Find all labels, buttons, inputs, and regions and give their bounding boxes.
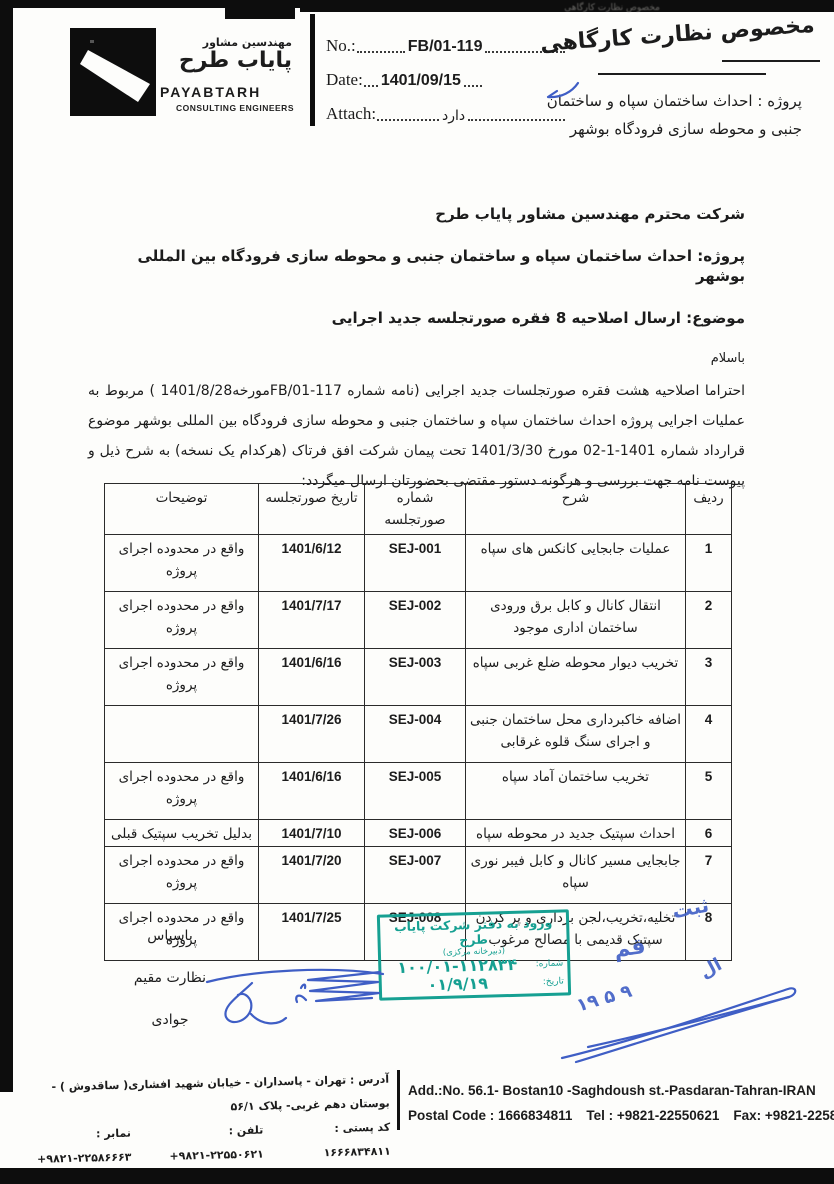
cell-row-no: 3: [686, 649, 732, 706]
table-row: 6 احداث سپتیک جدید در محوطه سپاه SEJ-006…: [105, 820, 732, 847]
minutes-table: ردیف شرح شماره صورتجلسه تاریخ صورتجلسه ت…: [104, 483, 732, 961]
cell-date: 1401/7/17: [259, 592, 365, 649]
table-header-row: ردیف شرح شماره صورتجلسه تاریخ صورتجلسه ت…: [105, 484, 732, 535]
header-notes: توضیحات: [105, 484, 259, 535]
print-through-artifact: مخصوص نظارت کارگاهی: [440, 3, 660, 13]
subject-line: موضوع: ارسال اصلاحیه 8 فقره صورتجلسه جدی…: [88, 308, 745, 328]
footer-en-fax: Fax: +9821-225866: [733, 1103, 834, 1128]
salutation: باسلام: [88, 350, 745, 368]
no-value: FB/01-119: [406, 38, 485, 56]
cell-date: 1401/7/25: [259, 904, 365, 961]
cell-row-no: 6: [686, 820, 732, 847]
scan-edge-left: [0, 0, 13, 1092]
footer-en-tel: Tel : +9821-22550621: [586, 1103, 719, 1128]
signature-stroke: [207, 970, 383, 982]
signature-initial: [296, 985, 306, 1002]
footer-en-address: Add.:No. 56.1- Bostan10 -Saghdoush st.-P…: [408, 1078, 834, 1103]
closing-role: نظارت مقیم: [120, 970, 220, 986]
dotted-leader: [364, 84, 378, 87]
cell-date: 1401/6/16: [259, 763, 365, 820]
cell-date: 1401/7/20: [259, 847, 365, 904]
letter-body: شرکت محترم مهندسین مشاور پایاب طرح پروژه…: [88, 204, 745, 496]
footer-divider: [397, 1070, 400, 1130]
footer-english: Add.:No. 56.1- Bostan10 -Saghdoush st.-P…: [408, 1078, 834, 1128]
cell-notes: واقع در محدوده اجرای پروژه: [105, 592, 259, 649]
cell-date: 1401/7/10: [259, 820, 365, 847]
header-date: تاریخ صورتجلسه: [259, 484, 365, 535]
closing-thanks: باسپاس: [120, 928, 220, 944]
cell-number: SEJ-007: [365, 847, 466, 904]
cell-notes: [105, 706, 259, 763]
supervision-underline-2: [598, 73, 766, 75]
no-label: No.:: [326, 36, 356, 56]
table-row: 2 انتقال کانال و کابل برق ورودی ساختمان …: [105, 592, 732, 649]
site-supervision-note: مخصوص نظارت کارگاهی: [539, 12, 825, 57]
supervision-underline-1: [722, 60, 820, 62]
cell-number: SEJ-004: [365, 706, 466, 763]
cell-description: تخریب دیوار محوطه ضلع غربی سپاه: [466, 649, 686, 706]
company-logo: [70, 28, 156, 116]
header-row-no: ردیف: [686, 484, 732, 535]
stamp-date-label: تاریخ:: [530, 973, 564, 992]
cell-row-no: 4: [686, 706, 732, 763]
cell-notes: واقع در محدوده اجرای پروژه: [105, 847, 259, 904]
field-date: Date: 1401/09/15: [326, 56, 566, 90]
registry-stamp: ورود به دفتر شرکت پایاب طرح (دبیرخانه مر…: [377, 909, 571, 1000]
stamp-number-label: شماره:: [529, 955, 563, 974]
scan-edge-bottom: [0, 1168, 834, 1184]
cell-date: 1401/6/12: [259, 535, 365, 592]
handwritten-digits: ۱۹ ۵ ۹: [574, 981, 634, 1017]
field-no: No.: FB/01-119: [326, 22, 566, 56]
table-row: 1 عملیات جابجایی کانکس های سپاه SEJ-001 …: [105, 535, 732, 592]
letterhead-divider: [310, 14, 315, 126]
table-row: 3 تخریب دیوار محوطه ضلع غربی سپاه SEJ-00…: [105, 649, 732, 706]
signature-tail: [251, 1014, 286, 1023]
cell-date: 1401/7/26: [259, 706, 365, 763]
logo-fa-name: پایاب طرح: [158, 48, 292, 73]
body-paragraph: احتراما اصلاحیه هشت فقره صورتجلسات جدید …: [88, 376, 745, 496]
cell-description: جابجایی مسیر کانال و کابل فیبر نوری سپاه: [466, 847, 686, 904]
logo-mark-icon: [70, 28, 156, 116]
cell-description: عملیات جابجایی کانکس های سپاه: [466, 535, 686, 592]
cell-number: SEJ-001: [365, 535, 466, 592]
date-label: Date:: [326, 70, 363, 90]
stamp-date-row: تاریخ: ۰۱/۹/۱۹: [382, 972, 568, 995]
table-row: 5 تخریب ساختمان آماد سپاه SEJ-005 1401/6…: [105, 763, 732, 820]
date-value: 1401/09/15: [379, 72, 463, 90]
footer-en-postal: Postal Code : 1666834811: [408, 1103, 572, 1128]
cell-row-no: 2: [686, 592, 732, 649]
footer-fa-address: آدرس : تهران - پاسداران - خیابان شهید اف…: [11, 1068, 390, 1125]
scanned-letter-page: مخصوص نظارت کارگاهی مهندسین مشاور پایاب …: [0, 0, 834, 1184]
signature-zigzag: [308, 972, 380, 1001]
cell-notes: واقع در محدوده اجرای پروژه: [105, 763, 259, 820]
signature-loop: [225, 983, 252, 1022]
header-description: شرح: [466, 484, 686, 535]
cell-number: SEJ-006: [365, 820, 466, 847]
stamp-date-value: ۰۱/۹/۱۹: [386, 973, 530, 995]
cell-description: تخریب ساختمان آماد سپاه: [466, 763, 686, 820]
cell-number: SEJ-005: [365, 763, 466, 820]
header-number: شماره صورتجلسه: [365, 484, 466, 535]
cell-description: احداث سپتیک جدید در محوطه سپاه: [466, 820, 686, 847]
closing-name: جوادی: [120, 1012, 220, 1028]
project-line: پروژه: احداث ساختمان سپاه و ساختمان جنبی…: [88, 246, 745, 286]
cell-date: 1401/6/16: [259, 649, 365, 706]
recipient-line: شرکت محترم مهندسین مشاور پایاب طرح: [88, 204, 745, 224]
cell-row-no: 1: [686, 535, 732, 592]
cell-notes: واقع در محدوده اجرای پروژه: [105, 535, 259, 592]
project-header-line2: جنبی و محوطه سازی فرودگاه بوشهر: [430, 120, 802, 138]
cell-description: انتقال کانال و کابل برق ورودی ساختمان اد…: [466, 592, 686, 649]
project-header-line1: پروژه : احداث ساختمان سپاه و ساختمان: [430, 92, 802, 110]
attach-label: Attach:: [326, 104, 376, 124]
cell-number: SEJ-002: [365, 592, 466, 649]
cell-row-no: 5: [686, 763, 732, 820]
cell-number: SEJ-003: [365, 649, 466, 706]
logo-en-subtitle: CONSULTING ENGINEERS: [176, 103, 294, 113]
closing-block: باسپاس نظارت مقیم جوادی: [120, 928, 220, 1054]
table-row: 7 جابجایی مسیر کانال و کابل فیبر نوری سپ…: [105, 847, 732, 904]
scan-edge-top-tab: [225, 0, 295, 19]
footer-fa-fax: نمابر : ۲۲۵۸۶۶۶۳-۹۸۲۱+: [12, 1122, 132, 1173]
footer-fa-tel: تلفن : ۲۲۵۵۰۶۲۱-۹۸۲۱+: [145, 1119, 264, 1170]
footer-fa-postal: کد پستی : ۱۶۶۶۸۳۴۸۱۱: [277, 1116, 391, 1167]
cell-notes: واقع در محدوده اجرای پروژه: [105, 649, 259, 706]
cell-notes: بدلیل تخریب سپتیک قبلی: [105, 820, 259, 847]
logo-en-name: PAYABTARH: [160, 84, 261, 100]
footer-persian: آدرس : تهران - پاسداران - خیابان شهید اف…: [11, 1068, 391, 1173]
dotted-leader: [464, 84, 482, 87]
handwritten-note-2: قم: [612, 934, 647, 963]
cell-description: اضافه خاکبرداری محل ساختمان جنبی و اجرای…: [466, 706, 686, 763]
footer-fa-contact-row: کد پستی : ۱۶۶۶۸۳۴۸۱۱ تلفن : ۲۲۵۵۰۶۲۱-۹۸۲…: [12, 1116, 391, 1173]
footer-en-contact-row: Postal Code : 1666834811 Tel : +9821-225…: [408, 1103, 834, 1128]
dotted-leader: [357, 50, 405, 53]
table-row: 4 اضافه خاکبرداری محل ساختمان جنبی و اجر…: [105, 706, 732, 763]
